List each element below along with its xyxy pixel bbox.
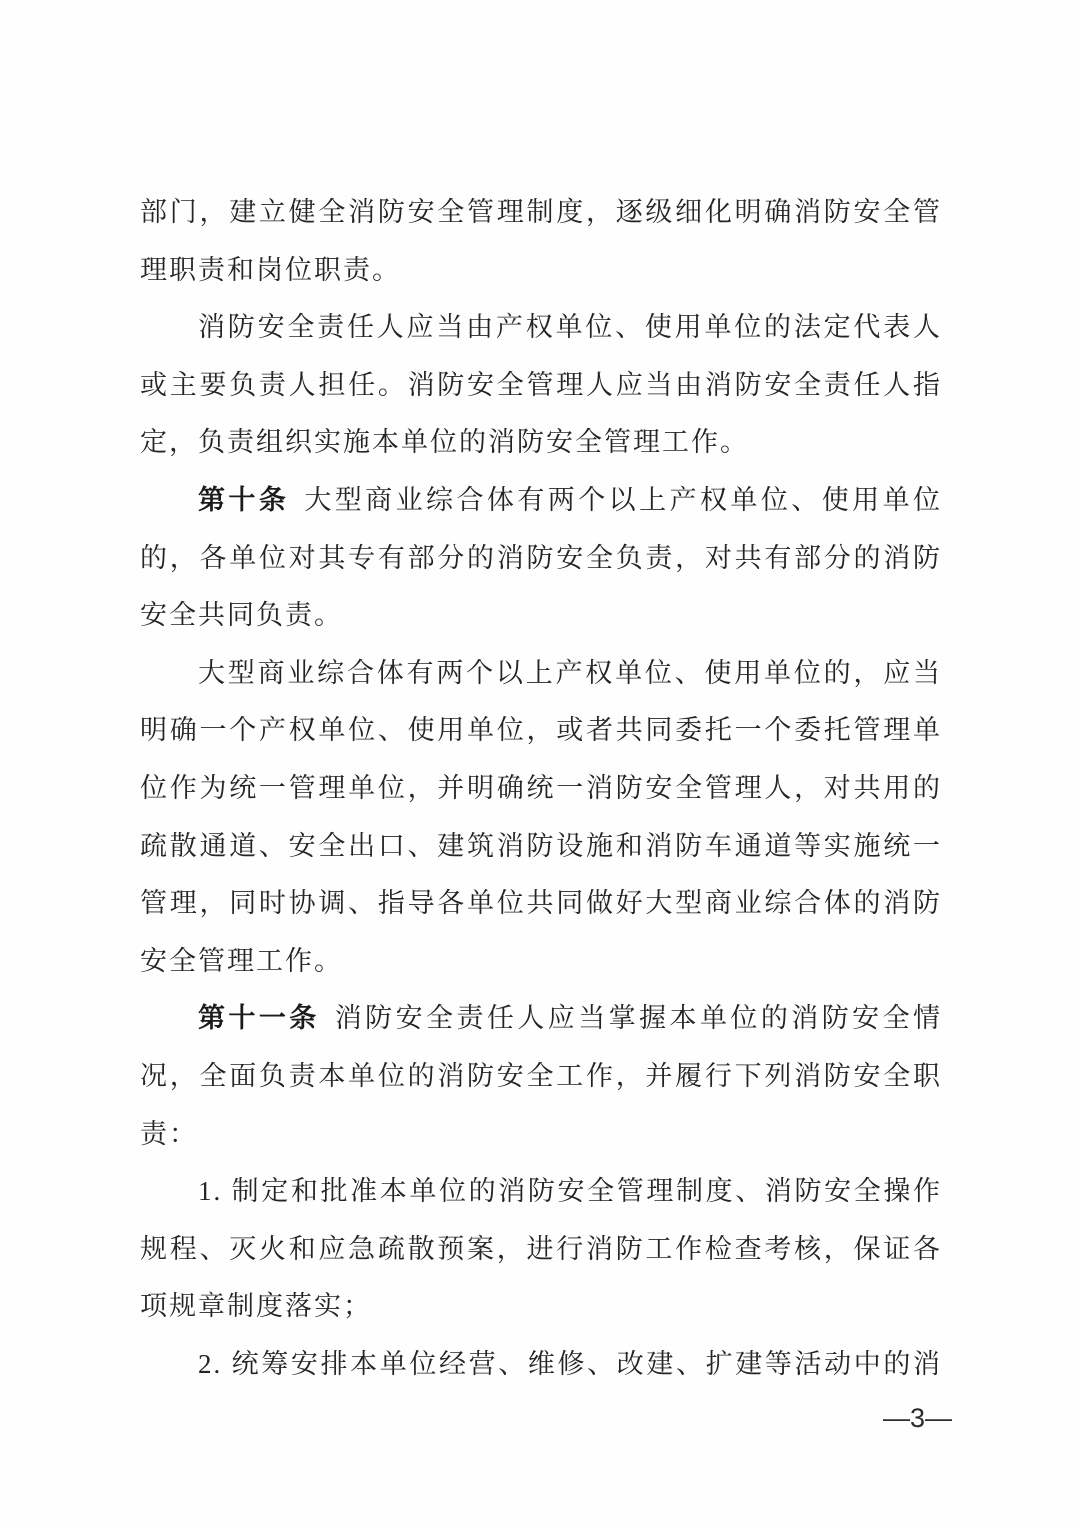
text-line: 位作为统一管理单位，并明确统一消防安全管理人，对共用的	[140, 760, 942, 818]
text-line: 况，全面负责本单位的消防安全工作，并履行下列消防安全职	[140, 1048, 942, 1106]
text-line: 疏散通道、安全出口、建筑消防设施和消防车通道等实施统一	[140, 818, 942, 876]
text-line: 安全共同负责。	[140, 587, 942, 645]
document-page: 部门，建立健全消防安全管理制度，逐级细化明确消防安全管 理职责和岗位职责。 消防…	[0, 0, 1080, 1526]
text-line: 定，负责组织实施本单位的消防安全管理工作。	[140, 414, 942, 472]
text-line: 的，各单位对其专有部分的消防安全负责，对共有部分的消防	[140, 530, 942, 588]
text-line: 责：	[140, 1106, 942, 1164]
text-line: 规程、灭火和应急疏散预案，进行消防工作检查考核，保证各	[140, 1221, 942, 1279]
text-line-article-11: 第十一条消防安全责任人应当掌握本单位的消防安全情	[140, 990, 942, 1048]
text-line: 部门，建立健全消防安全管理制度，逐级细化明确消防安全管	[140, 184, 942, 242]
text-line: 项规章制度落实；	[140, 1278, 942, 1336]
article-10-heading: 第十条	[198, 485, 289, 515]
article-11-heading: 第十一条	[198, 1003, 320, 1033]
text-line-item-1: 1. 制定和批准本单位的消防安全管理制度、消防安全操作	[140, 1163, 942, 1221]
document-text-block: 部门，建立健全消防安全管理制度，逐级细化明确消防安全管 理职责和岗位职责。 消防…	[140, 184, 942, 1393]
text-line: 大型商业综合体有两个以上产权单位、使用单位的，应当	[140, 645, 942, 703]
text-line: 消防安全责任人应当由产权单位、使用单位的法定代表人	[140, 299, 942, 357]
page-number: —3—	[883, 1398, 952, 1438]
text-line: 或主要负责人担任。消防安全管理人应当由消防安全责任人指	[140, 357, 942, 415]
text-line: 安全管理工作。	[140, 933, 942, 991]
text-line: 明确一个产权单位、使用单位，或者共同委托一个委托管理单	[140, 702, 942, 760]
text-line-item-2: 2. 统筹安排本单位经营、维修、改建、扩建等活动中的消	[140, 1336, 942, 1394]
text-line: 管理，同时协调、指导各单位共同做好大型商业综合体的消防	[140, 875, 942, 933]
text-line: 理职责和岗位职责。	[140, 242, 942, 300]
text-line-article-10: 第十条大型商业综合体有两个以上产权单位、使用单位	[140, 472, 942, 530]
article-11-body: 消防安全责任人应当掌握本单位的消防安全情	[335, 1003, 942, 1033]
article-10-body: 大型商业综合体有两个以上产权单位、使用单位	[304, 485, 942, 515]
